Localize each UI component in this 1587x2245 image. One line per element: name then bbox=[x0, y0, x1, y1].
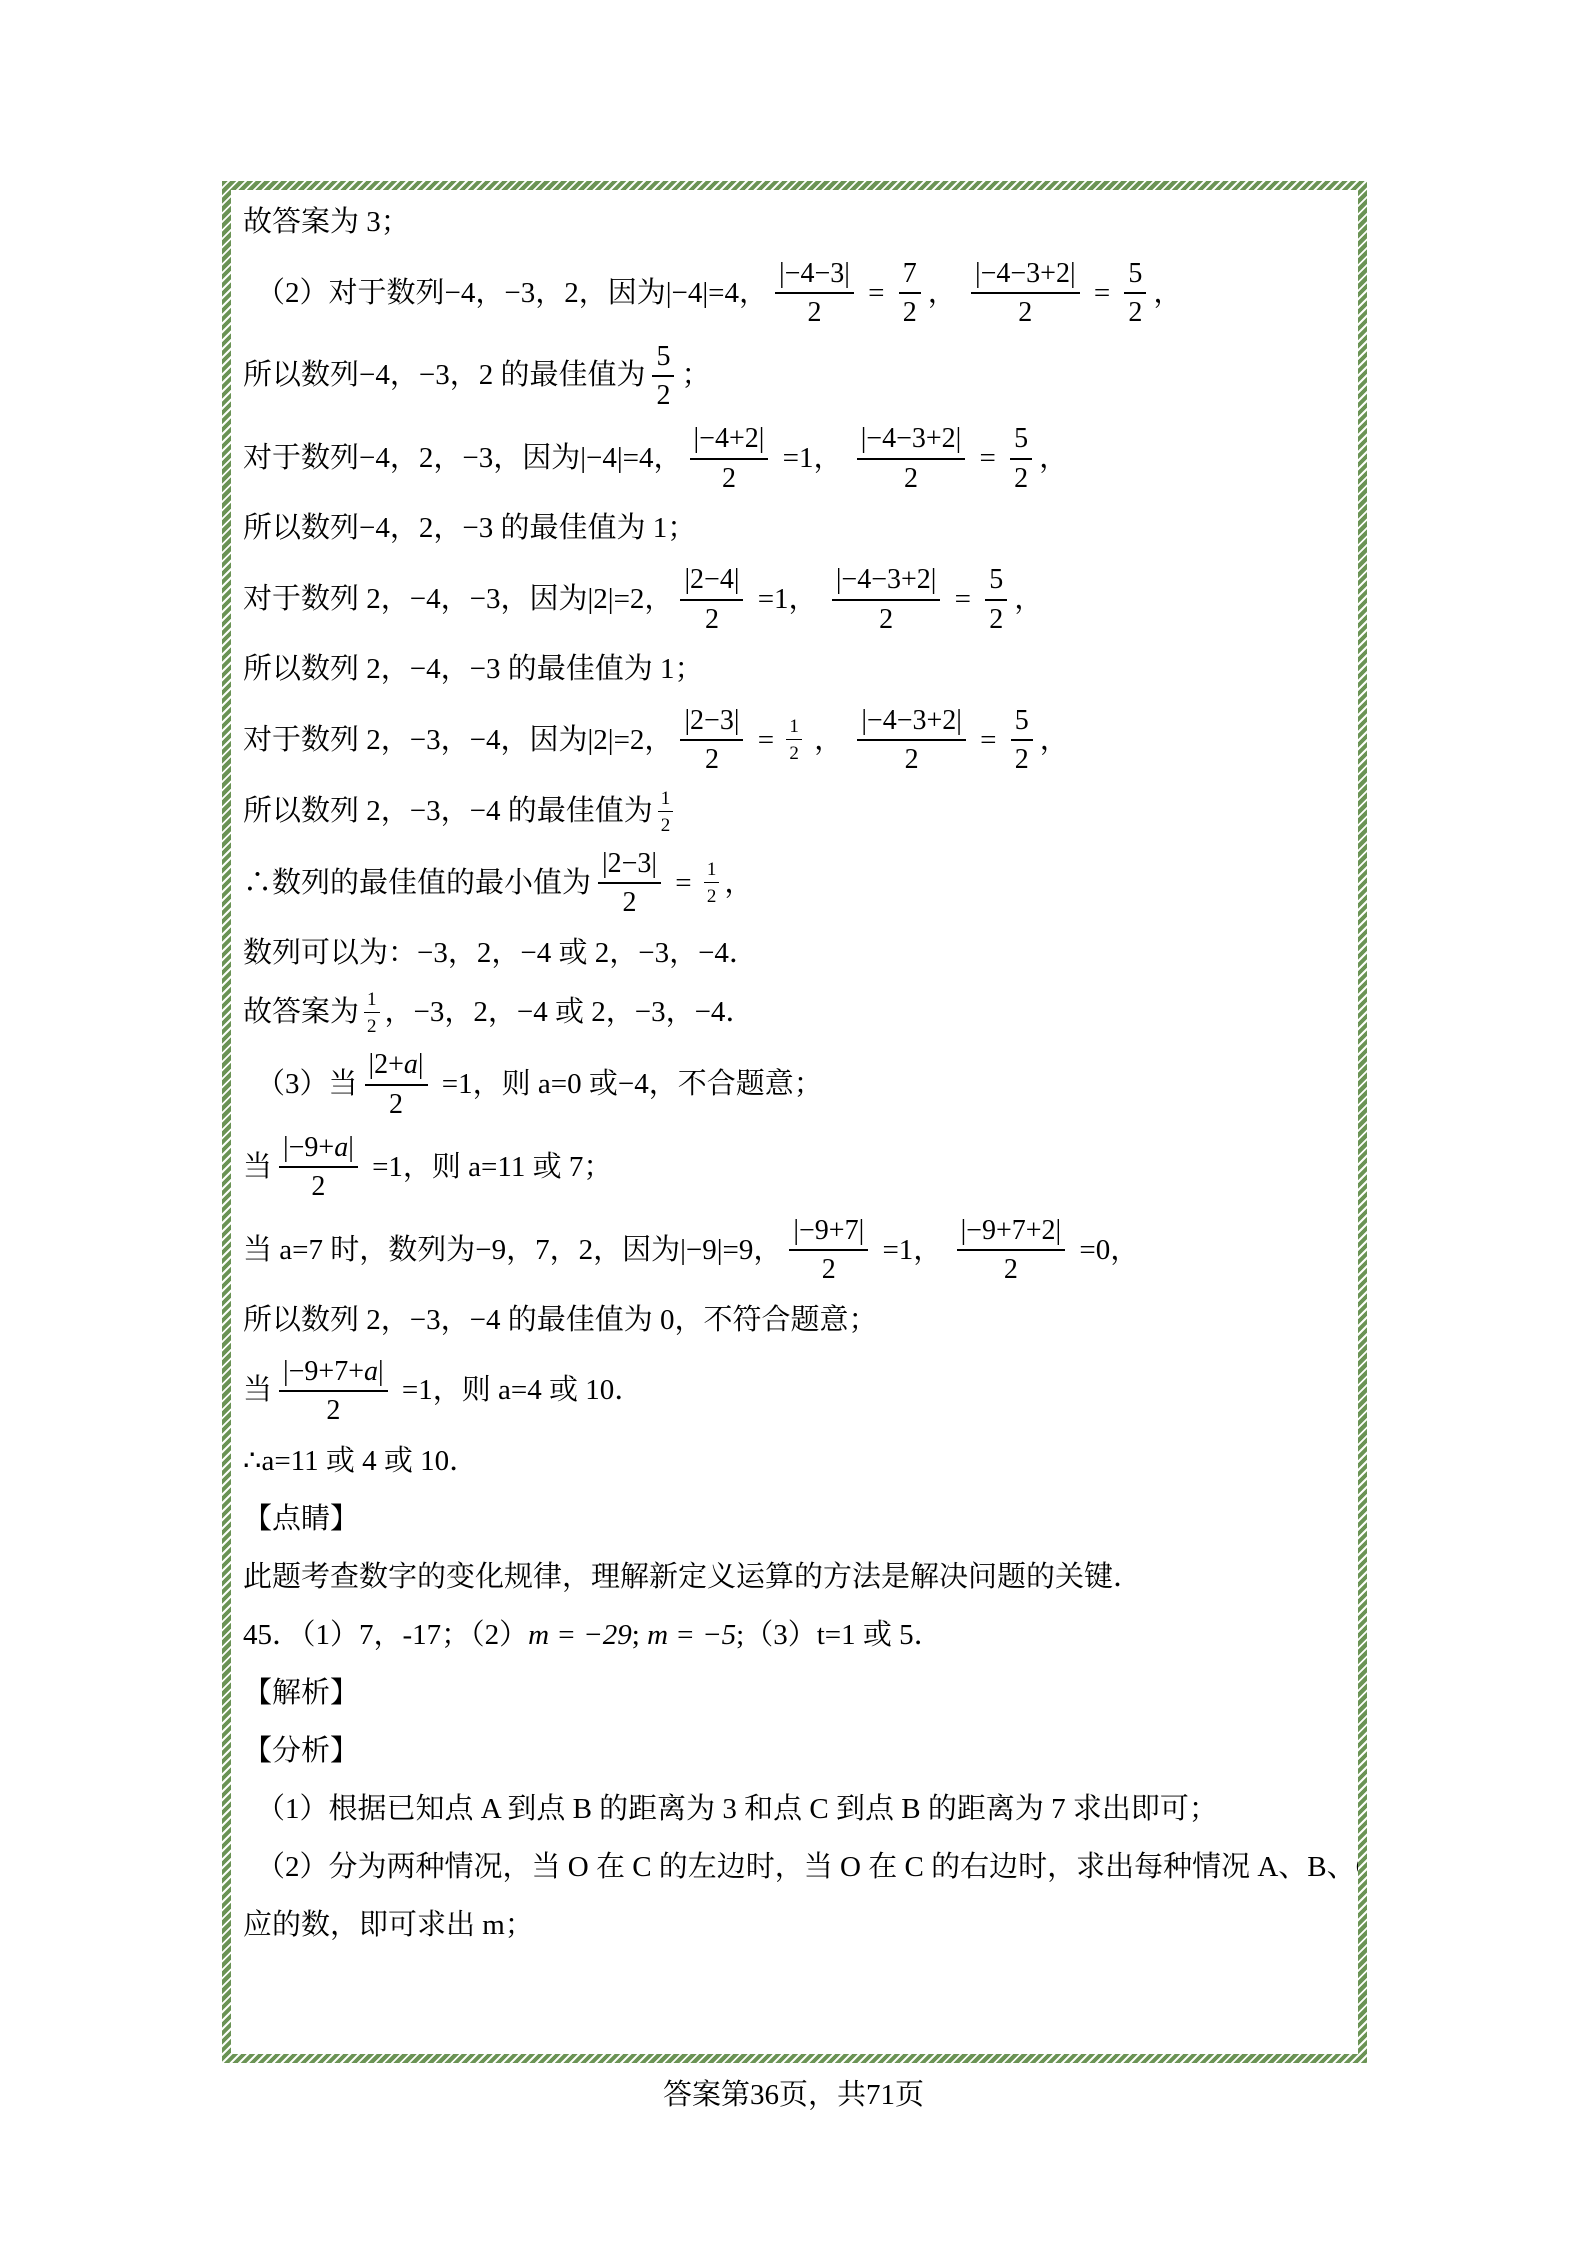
fraction-denominator: 2 bbox=[807, 294, 821, 328]
fraction-denominator: 2 bbox=[822, 1251, 836, 1285]
text-line: 此题考查数字的变化规律，理解新定义运算的方法是解决问题的关键． bbox=[243, 1554, 1344, 1600]
text-segment: 此题考查数字的变化规律，理解新定义运算的方法是解决问题的关键． bbox=[243, 1561, 1142, 1594]
fraction-numerator: |−4−3+2| bbox=[857, 423, 966, 459]
text-segment: 所以数列 2，−4，−3 的最佳值为 1； bbox=[243, 653, 703, 686]
text-segment: ∴a=11 或 4 或 10． bbox=[243, 1445, 478, 1478]
fraction: 12 bbox=[786, 716, 802, 765]
fraction-denominator: 2 bbox=[326, 1392, 340, 1426]
text-segment: 对于数列 2，−3，−4，因为|2|=2， bbox=[243, 724, 673, 757]
fraction-denominator: 2 bbox=[879, 601, 893, 635]
text-segment: ， bbox=[928, 277, 964, 310]
fraction-numerator: |2−3| bbox=[598, 848, 661, 884]
text-segment: m = −29 bbox=[528, 1619, 632, 1652]
text-line: ∴a=11 或 4 或 10． bbox=[243, 1438, 1344, 1484]
fraction-denominator: 2 bbox=[705, 601, 719, 635]
text-segment: ， bbox=[724, 867, 753, 900]
text-line: 对于数列−4，2，−3，因为|−4|=4，|−4+2|2 =1， |−4−3+2… bbox=[243, 423, 1344, 494]
text-line: 所以数列 2，−4，−3 的最佳值为 1； bbox=[243, 647, 1344, 693]
text-segment: = bbox=[668, 867, 699, 900]
fraction-numerator: 1 bbox=[704, 859, 720, 883]
page-frame-inner: 故答案为 3；（2）对于数列−4，−3，2，因为|−4|=4，|−4−3|2 =… bbox=[231, 190, 1358, 2054]
text-segment: ， bbox=[1040, 724, 1069, 757]
fraction-numerator: |2−3| bbox=[680, 705, 743, 741]
text-segment: = bbox=[972, 442, 1003, 475]
text-line: （3）当|2+a|2 =1，则 a=0 或−4，不合题意； bbox=[243, 1049, 1344, 1120]
text-segment: 所以数列−4，2，−3 的最佳值为 1； bbox=[243, 512, 696, 545]
fraction: |2−4|2 bbox=[680, 564, 743, 635]
fraction: 12 bbox=[704, 859, 720, 908]
fraction-denominator: 2 bbox=[1004, 1251, 1018, 1285]
fraction-numerator: |−4−3+2| bbox=[971, 258, 1080, 294]
text-segment: = bbox=[947, 583, 978, 616]
text-segment: =1， bbox=[875, 1234, 949, 1267]
text-line: 对于数列 2，−4，−3，因为|2|=2，|2−4|2 =1， |−4−3+2|… bbox=[243, 564, 1344, 635]
text-segment: （3）当 bbox=[256, 1068, 358, 1101]
fraction: |−4−3+2|2 bbox=[832, 564, 941, 635]
text-line: （2）分为两种情况，当 O 在 C 的左边时，当 O 在 C 的右边时，求出每种… bbox=[243, 1844, 1344, 1890]
content-lines: 故答案为 3；（2）对于数列−4，−3，2，因为|−4|=4，|−4−3|2 =… bbox=[243, 200, 1344, 1948]
fraction-numerator: |−9+a| bbox=[279, 1132, 358, 1168]
text-segment: =0， bbox=[1072, 1234, 1139, 1267]
fraction-denominator: 2 bbox=[989, 601, 1003, 635]
text-segment: = bbox=[973, 724, 1004, 757]
fraction-denominator: 2 bbox=[705, 741, 719, 775]
fraction-numerator: 5 bbox=[985, 564, 1007, 600]
fraction-numerator: 1 bbox=[364, 989, 380, 1013]
text-segment: 所以数列 2，−3，−4 的最佳值为 0，不符合题意； bbox=[243, 1304, 877, 1337]
text-segment: =1，则 a=4 或 10． bbox=[395, 1374, 644, 1407]
text-line: 当|−9+7+a|2 =1，则 a=4 或 10． bbox=[243, 1356, 1344, 1427]
fraction-denominator: 2 bbox=[1014, 460, 1028, 494]
text-segment: （2）分为两种情况，当 O 在 C 的左边时，当 O 在 C 的右边时，求出每种… bbox=[256, 1851, 1358, 1884]
fraction: |−9+7+2|2 bbox=[957, 1215, 1066, 1286]
text-line: 当 a=7 时，数列为−9，7，2，因为|−9|=9，|−9+7|2 =1， |… bbox=[243, 1215, 1344, 1286]
fraction: |−4−3+2|2 bbox=[857, 423, 966, 494]
text-segment: ， bbox=[1039, 442, 1068, 475]
fraction: |−9+7|2 bbox=[789, 1215, 868, 1286]
text-segment: ， bbox=[1153, 277, 1182, 310]
text-line: 当|−9+a|2 =1，则 a=11 或 7； bbox=[243, 1132, 1344, 1203]
text-segment: ； bbox=[681, 359, 710, 392]
fraction-denominator: 2 bbox=[367, 1013, 377, 1037]
text-segment: ; bbox=[632, 1619, 647, 1652]
text-line: 应的数，即可求出 m； bbox=[243, 1902, 1344, 1948]
fraction-numerator: 1 bbox=[658, 788, 674, 812]
text-segment: ;（3）t=1 或 5． bbox=[736, 1619, 942, 1652]
text-line: （1）根据已知点 A 到点 B 的距离为 3 和点 C 到点 B 的距离为 7 … bbox=[243, 1786, 1344, 1832]
text-line: 【解析】 bbox=[243, 1670, 1344, 1716]
text-segment: ∴数列的最佳值的最小值为 bbox=[243, 867, 591, 900]
fraction: |−4−3|2 bbox=[775, 258, 854, 329]
text-segment: 故答案为 3； bbox=[243, 206, 410, 239]
fraction: 52 bbox=[1011, 705, 1033, 776]
fraction-numerator: |2−4| bbox=[680, 564, 743, 600]
fraction: 12 bbox=[658, 788, 674, 837]
fraction: 52 bbox=[985, 564, 1007, 635]
fraction-denominator: 2 bbox=[1015, 741, 1029, 775]
text-segment: 对于数列−4，2，−3，因为|−4|=4， bbox=[243, 442, 683, 475]
text-line: （2）对于数列−4，−3，2，因为|−4|=4，|−4−3|2 = 72， |−… bbox=[243, 258, 1344, 329]
text-segment: m = −5 bbox=[647, 1619, 736, 1652]
text-line: 【分析】 bbox=[243, 1728, 1344, 1774]
text-line: 所以数列−4，−3，2 的最佳值为52； bbox=[243, 341, 1344, 412]
text-segment: ，−3，2，−4 或 2，−3，−4． bbox=[385, 996, 755, 1029]
fraction: |−4+2|2 bbox=[690, 423, 769, 494]
fraction-numerator: |−4+2| bbox=[690, 423, 769, 459]
fraction-denominator: 2 bbox=[707, 883, 717, 907]
fraction-numerator: |2+a| bbox=[365, 1049, 428, 1085]
fraction-denominator: 2 bbox=[311, 1168, 325, 1202]
text-segment: ， bbox=[1014, 583, 1043, 616]
fraction: |−9+a|2 bbox=[279, 1132, 358, 1203]
text-segment: = bbox=[861, 277, 892, 310]
text-segment: ， bbox=[807, 724, 851, 757]
fraction-numerator: |−4−3+2| bbox=[832, 564, 941, 600]
text-segment: 故答案为 bbox=[243, 996, 359, 1029]
fraction-denominator: 2 bbox=[1018, 294, 1032, 328]
fraction-denominator: 2 bbox=[904, 460, 918, 494]
text-segment: 【分析】 bbox=[243, 1735, 359, 1768]
text-segment: 所以数列−4，−3，2 的最佳值为 bbox=[243, 359, 645, 392]
fraction-denominator: 2 bbox=[1128, 294, 1142, 328]
text-segment: = bbox=[750, 724, 781, 757]
fraction-numerator: |−4−3| bbox=[775, 258, 854, 294]
text-segment: （2）对于数列−4，−3，2，因为|−4|=4， bbox=[256, 277, 768, 310]
fraction-denominator: 2 bbox=[389, 1086, 403, 1120]
fraction-numerator: 5 bbox=[652, 341, 674, 377]
fraction-numerator: 7 bbox=[899, 258, 921, 294]
fraction-denominator: 2 bbox=[903, 294, 917, 328]
text-line: 所以数列 2，−3，−4 的最佳值为12 bbox=[243, 788, 1344, 837]
text-line: 故答案为12，−3，2，−4 或 2，−3，−4． bbox=[243, 989, 1344, 1038]
fraction-denominator: 2 bbox=[656, 377, 670, 411]
text-line: 对于数列 2，−3，−4，因为|2|=2，|2−3|2 = 12 ， |−4−3… bbox=[243, 705, 1344, 776]
fraction: |−9+7+a|2 bbox=[279, 1356, 388, 1427]
text-line: 所以数列−4，2，−3 的最佳值为 1； bbox=[243, 506, 1344, 552]
fraction-numerator: 5 bbox=[1011, 705, 1033, 741]
text-line: 数列可以为：−3，2，−4 或 2，−3，−4． bbox=[243, 931, 1344, 977]
text-segment: （1）根据已知点 A 到点 B 的距离为 3 和点 C 到点 B 的距离为 7 … bbox=[256, 1793, 1218, 1826]
text-segment: 应的数，即可求出 m； bbox=[243, 1909, 534, 1942]
fraction-denominator: 2 bbox=[623, 884, 637, 918]
text-segment: =1，则 a=0 或−4，不合题意； bbox=[435, 1068, 823, 1101]
fraction-numerator: 5 bbox=[1010, 423, 1032, 459]
fraction-denominator: 2 bbox=[905, 741, 919, 775]
fraction: 52 bbox=[1010, 423, 1032, 494]
text-segment: =1， bbox=[750, 583, 824, 616]
fraction-denominator: 2 bbox=[661, 812, 671, 836]
fraction: 52 bbox=[1124, 258, 1146, 329]
text-segment: = bbox=[1087, 277, 1118, 310]
text-line: 【点睛】 bbox=[243, 1496, 1344, 1542]
text-segment: 所以数列 2，−3，−4 的最佳值为 bbox=[243, 795, 653, 828]
text-segment: 45．（1）7，-17；（2） bbox=[243, 1619, 528, 1652]
text-line: 45．（1）7，-17；（2）m = −29; m = −5;（3）t=1 或 … bbox=[243, 1612, 1344, 1658]
fraction: |2+a|2 bbox=[365, 1049, 428, 1120]
fraction: 52 bbox=[652, 341, 674, 412]
page-footer: 答案第36页，共71页 bbox=[0, 2072, 1587, 2113]
text-segment: 数列可以为：−3，2，−4 或 2，−3，−4． bbox=[243, 937, 758, 970]
text-segment: 当 a=7 时，数列为−9，7，2，因为|−9|=9， bbox=[243, 1234, 782, 1267]
text-segment: 【解析】 bbox=[243, 1677, 359, 1710]
fraction: |2−3|2 bbox=[598, 848, 661, 919]
fraction-numerator: |−9+7+2| bbox=[957, 1215, 1066, 1251]
text-line: 所以数列 2，−3，−4 的最佳值为 0，不符合题意； bbox=[243, 1298, 1344, 1344]
text-segment: 当 bbox=[243, 1151, 272, 1184]
text-segment: 当 bbox=[243, 1374, 272, 1407]
text-segment: 对于数列 2，−4，−3，因为|2|=2， bbox=[243, 583, 673, 616]
page-frame: 故答案为 3；（2）对于数列−4，−3，2，因为|−4|=4，|−4−3|2 =… bbox=[222, 181, 1367, 2063]
fraction: |−4−3+2|2 bbox=[857, 705, 966, 776]
fraction-numerator: |−4−3+2| bbox=[857, 705, 966, 741]
fraction-numerator: 5 bbox=[1124, 258, 1146, 294]
text-segment: =1， bbox=[775, 442, 849, 475]
text-line: 故答案为 3； bbox=[243, 200, 1344, 246]
fraction: 72 bbox=[899, 258, 921, 329]
fraction-denominator: 2 bbox=[789, 740, 799, 764]
fraction-numerator: |−9+7+a| bbox=[279, 1356, 388, 1392]
text-segment: =1，则 a=11 或 7； bbox=[365, 1151, 613, 1184]
fraction: |−4−3+2|2 bbox=[971, 258, 1080, 329]
fraction-numerator: 1 bbox=[786, 716, 802, 740]
fraction-denominator: 2 bbox=[722, 460, 736, 494]
fraction: 12 bbox=[364, 989, 380, 1038]
text-segment: 【点睛】 bbox=[243, 1503, 359, 1536]
fraction-numerator: |−9+7| bbox=[789, 1215, 868, 1251]
fraction: |2−3|2 bbox=[680, 705, 743, 776]
text-line: ∴数列的最佳值的最小值为|2−3|2 = 12， bbox=[243, 848, 1344, 919]
